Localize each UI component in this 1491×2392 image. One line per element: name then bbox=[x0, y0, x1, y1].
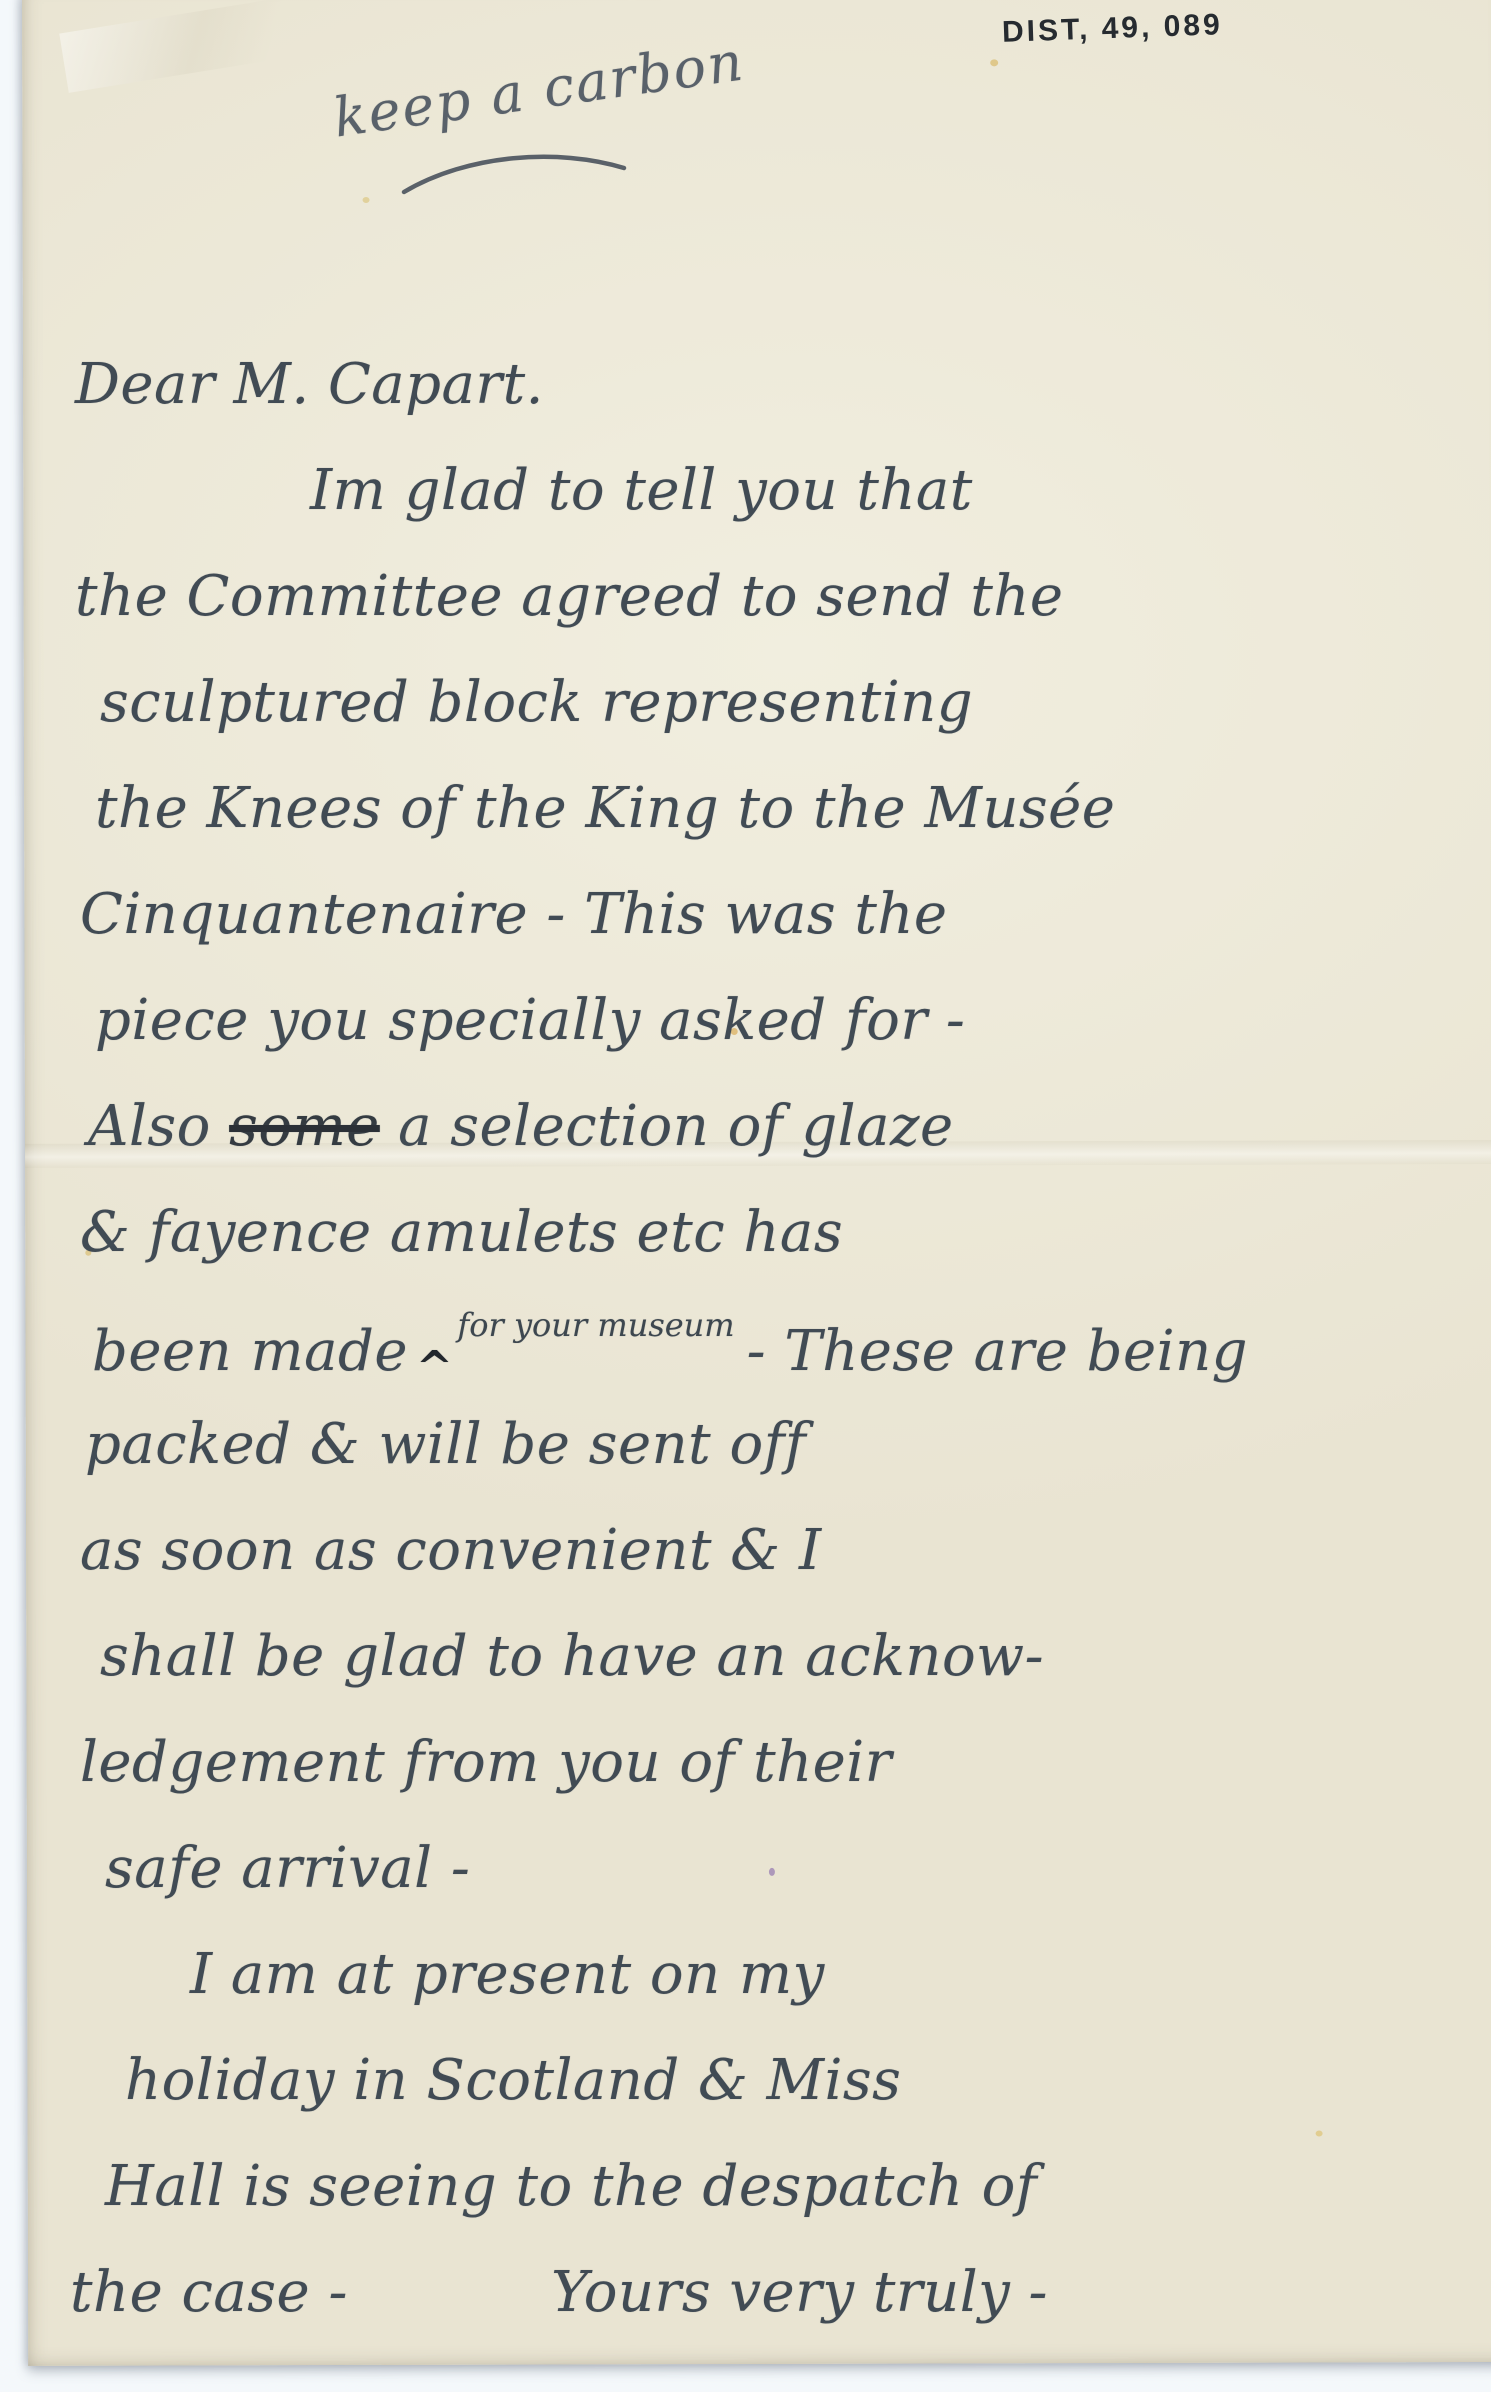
letter-line: safe arrival - bbox=[105, 1836, 1491, 1942]
letter-line: as soon as convenient & I bbox=[80, 1518, 1491, 1624]
letter-line: I am at present on my bbox=[190, 1942, 1491, 2048]
letter-text: safe arrival - bbox=[105, 1836, 470, 1901]
letter-line: Also some a selection of glaze bbox=[88, 1094, 1491, 1200]
underline-flourish-icon bbox=[398, 146, 630, 198]
letter-line: Dear M. Capart. bbox=[75, 352, 1491, 458]
letter-line: & fayence amulets etc has bbox=[80, 1200, 1491, 1306]
letter-text: Dear M. Capart. bbox=[75, 352, 544, 417]
letter-text: Hall is seeing to the despatch of bbox=[105, 2154, 1037, 2219]
paper-crease-top bbox=[59, 0, 365, 93]
letter-line: sculptured block representing bbox=[100, 670, 1491, 776]
letter-text: I am at present on my bbox=[190, 1942, 825, 2007]
letter-line: Cinquantenaire - This was the bbox=[80, 882, 1491, 988]
letter-text: packed & will be sent off bbox=[85, 1412, 806, 1477]
letter-text: Also bbox=[88, 1094, 229, 1159]
letter-text: the case - bbox=[70, 2260, 366, 2325]
letter-text: been made bbox=[92, 1319, 408, 1384]
letter-line: holiday in Scotland & Miss bbox=[125, 2048, 1491, 2154]
letter-text: ledgement from you of their bbox=[80, 1730, 892, 1795]
letter-line: packed & will be sent off bbox=[85, 1412, 1491, 1518]
letter-text: - These are being bbox=[747, 1319, 1248, 1384]
letter-text: shall be glad to have an acknow- bbox=[100, 1624, 1044, 1689]
letter-line: ledgement from you of their bbox=[80, 1730, 1491, 1836]
letter-text: piece you specially asked for - bbox=[95, 988, 965, 1053]
letter-text: holiday in Scotland & Miss bbox=[125, 2048, 901, 2113]
scanned-letter-page: DIST, 49, 089 keep a carbon Dear M. Capa… bbox=[0, 0, 1491, 2392]
foxing-speck bbox=[363, 197, 370, 203]
letter-text: ^ bbox=[416, 1342, 453, 1393]
letter-line: the Committee agreed to send the bbox=[75, 564, 1491, 670]
letter-text: some bbox=[229, 1094, 380, 1159]
letter-text: for your museum bbox=[457, 1306, 734, 1344]
letter-text: as soon as convenient & I bbox=[80, 1518, 822, 1583]
letter-line: the case - Yours very truly - bbox=[70, 2260, 1491, 2366]
letter-line: Hall is seeing to the despatch of bbox=[105, 2154, 1491, 2260]
letter-text: Cinquantenaire - This was the bbox=[80, 882, 948, 947]
letter-text: the Committee agreed to send the bbox=[75, 564, 1064, 629]
foxing-speck bbox=[990, 59, 998, 66]
letter-text: Yours very truly - bbox=[551, 2260, 1048, 2325]
letter-text: a selection of glaze bbox=[380, 1094, 954, 1159]
letter-text: sculptured block representing bbox=[100, 670, 973, 735]
letter-text: the Knees of the King to the Musée bbox=[95, 776, 1115, 841]
letter-line: shall be glad to have an acknow- bbox=[100, 1624, 1491, 1730]
letter-text: Im glad to tell you that bbox=[310, 458, 973, 523]
letter-line: been made^for your museum- These are bei… bbox=[92, 1306, 1491, 1412]
letter-body: Dear M. Capart.Im glad to tell you thatt… bbox=[0, 352, 1491, 2366]
letter-line: the Knees of the King to the Musée bbox=[95, 776, 1491, 882]
letter-line: Im glad to tell you that bbox=[310, 458, 1491, 564]
letter-line: piece you specially asked for - bbox=[95, 988, 1491, 1094]
letter-text: & fayence amulets etc has bbox=[80, 1200, 843, 1265]
